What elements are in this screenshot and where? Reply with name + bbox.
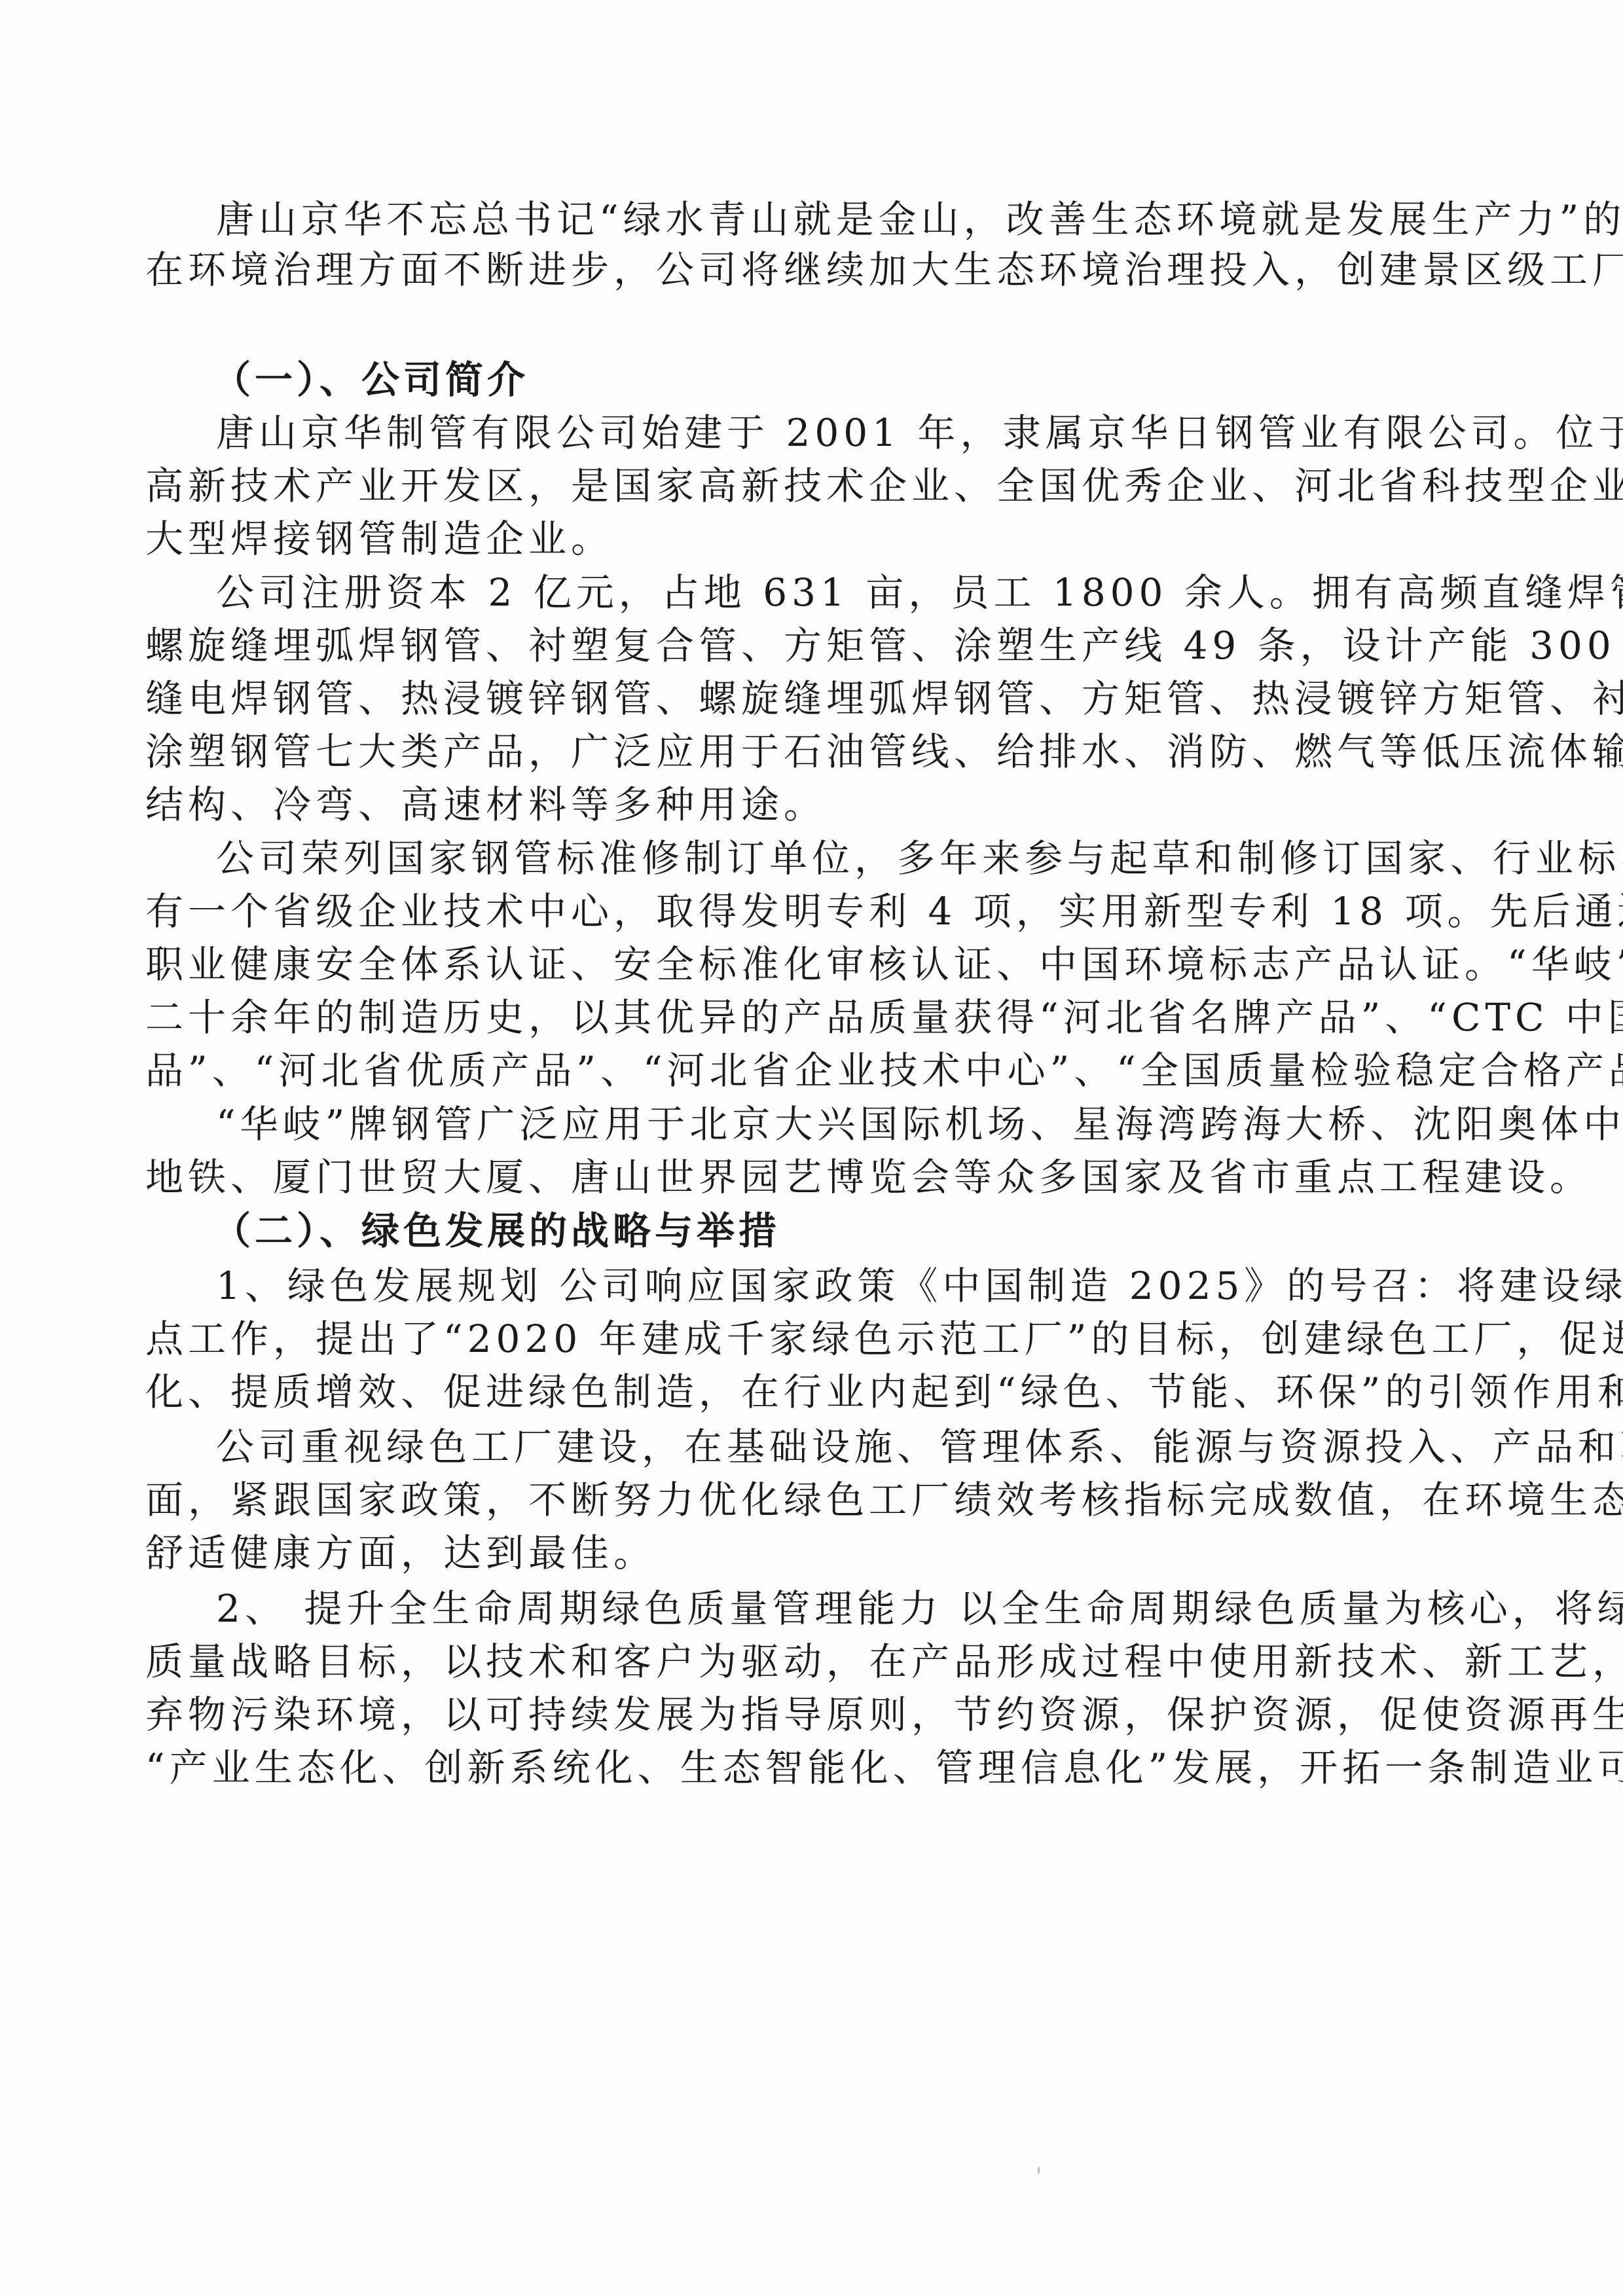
paragraph-line: 地铁、厦门世贸大厦、唐山世界园艺博览会等众多国家及省市重点工程建设。 [145, 1153, 1448, 1201]
intro-line-1: 唐山京华不忘总书记“绿水青山就是金山，改善生态环境就是发展生产力”的指示精神， [216, 195, 1448, 244]
paragraph-line: “华岐”牌钢管广泛应用于北京大兴国际机场、星海湾跨海大桥、沈阳奥体中心、上海 [216, 1100, 1448, 1148]
paragraph-line: 质量战略目标，以技术和客户为驱动，在产品形成过程中使用新技术、新工艺，减少有害废 [145, 1637, 1448, 1686]
paragraph-line: 职业健康安全体系认证、安全标准化审核认证、中国环境标志产品认证。“华岐”牌钢管已… [145, 940, 1448, 989]
intro-line-2: 在环境治理方面不断进步，公司将继续加大生态环境治理投入，创建景区级工厂。 [145, 246, 1448, 294]
section-heading-company-profile: （一）、公司简介 [213, 355, 1516, 404]
paragraph-line: 品”、“河北省优质产品”、“河北省企业技术中心”、“全国质量检验稳定合格产品”等… [145, 1046, 1448, 1095]
paragraph-line: 1、绿色发展规划 公司响应国家政策《中国制造 2025》的号召：将建设绿色工厂列… [216, 1262, 1448, 1310]
paragraph-line: 舒适健康方面，达到最佳。 [145, 1529, 1448, 1577]
paragraph-line: 高新技术产业开发区，是国家高新技术企业、全国优秀企业、河北省科技型企业，全国知名 [145, 462, 1448, 510]
paragraph-line: 面，紧跟国家政策，不断努力优化绿色工厂绩效考核指标完成数值，在环境生态影响和员工 [145, 1476, 1448, 1524]
section-heading-green-development: （二）、绿色发展的战略与举措 [213, 1207, 1516, 1255]
paragraph-line: 唐山京华制管有限公司始建于 2001 年，隶属京华日钢管业有限公司。位于河北唐山… [216, 409, 1448, 457]
paragraph-line: 公司注册资本 2 亿元，占地 631 亩，员工 1800 余人。拥有高频直缝焊管… [216, 568, 1448, 617]
paragraph-line: 螺旋缝埋弧焊钢管、衬塑复合管、方矩管、涂塑生产线 49 条，设计产能 300 余… [145, 621, 1448, 670]
paragraph-line: 涂塑钢管七大类产品，广泛应用于石油管线、给排水、消防、燃气等低压流体输送及穿线、 [145, 727, 1448, 776]
document-page: 唐山京华不忘总书记“绿水青山就是金山，改善生态环境就是发展生产力”的指示精神， … [0, 0, 1623, 2296]
paragraph-line: 结构、冷弯、高速材料等多种用途。 [145, 780, 1448, 829]
paragraph-line: 公司荣列国家钢管标准修制订单位，多年来参与起草和制修订国家、行业标准 7 项。拥 [216, 834, 1448, 883]
paragraph-line: 点工作，提出了“2020 年建成千家绿色示范工厂”的目标，创建绿色工厂，促进工业… [145, 1315, 1448, 1363]
paragraph-line: 大型焊接钢管制造企业。 [145, 515, 1448, 563]
paragraph-line: 2、 提升全生命周期绿色质量管理能力 以全生命周期绿色质量为核心，将绿色质量作为 [216, 1584, 1448, 1633]
paragraph-line: 有一个省级企业技术中心，取得发明专利 4 项，实用新型专利 18 项。先后通过质… [145, 887, 1448, 936]
paragraph-line: “产业生态化、创新系统化、生态智能化、管理信息化”发展，开拓一条制造业可持续发展 [145, 1743, 1448, 1792]
paragraph-line: 弃物污染环境，以可持续发展为指导原则，节约资源，保护资源，促使资源再生，促进企业 [145, 1690, 1448, 1739]
paragraph-line: 公司重视绿色工厂建设，在基础设施、管理体系、能源与资源投入、产品和环境排放方 [216, 1423, 1448, 1471]
paragraph-line: 缝电焊钢管、热浸镀锌钢管、螺旋缝埋弧焊钢管、方矩管、热浸镀锌方矩管、衬塑复合管、 [145, 674, 1448, 723]
paragraph-line: 二十余年的制造历史，以其优异的产品质量获得“河北省名牌产品”、“CTC 中国建材… [145, 993, 1448, 1042]
scan-artifact [1038, 2167, 1040, 2174]
paragraph-line: 化、提质增效、促进绿色制造，在行业内起到“绿色、节能、环保”的引领作用和重要意义… [145, 1368, 1448, 1416]
